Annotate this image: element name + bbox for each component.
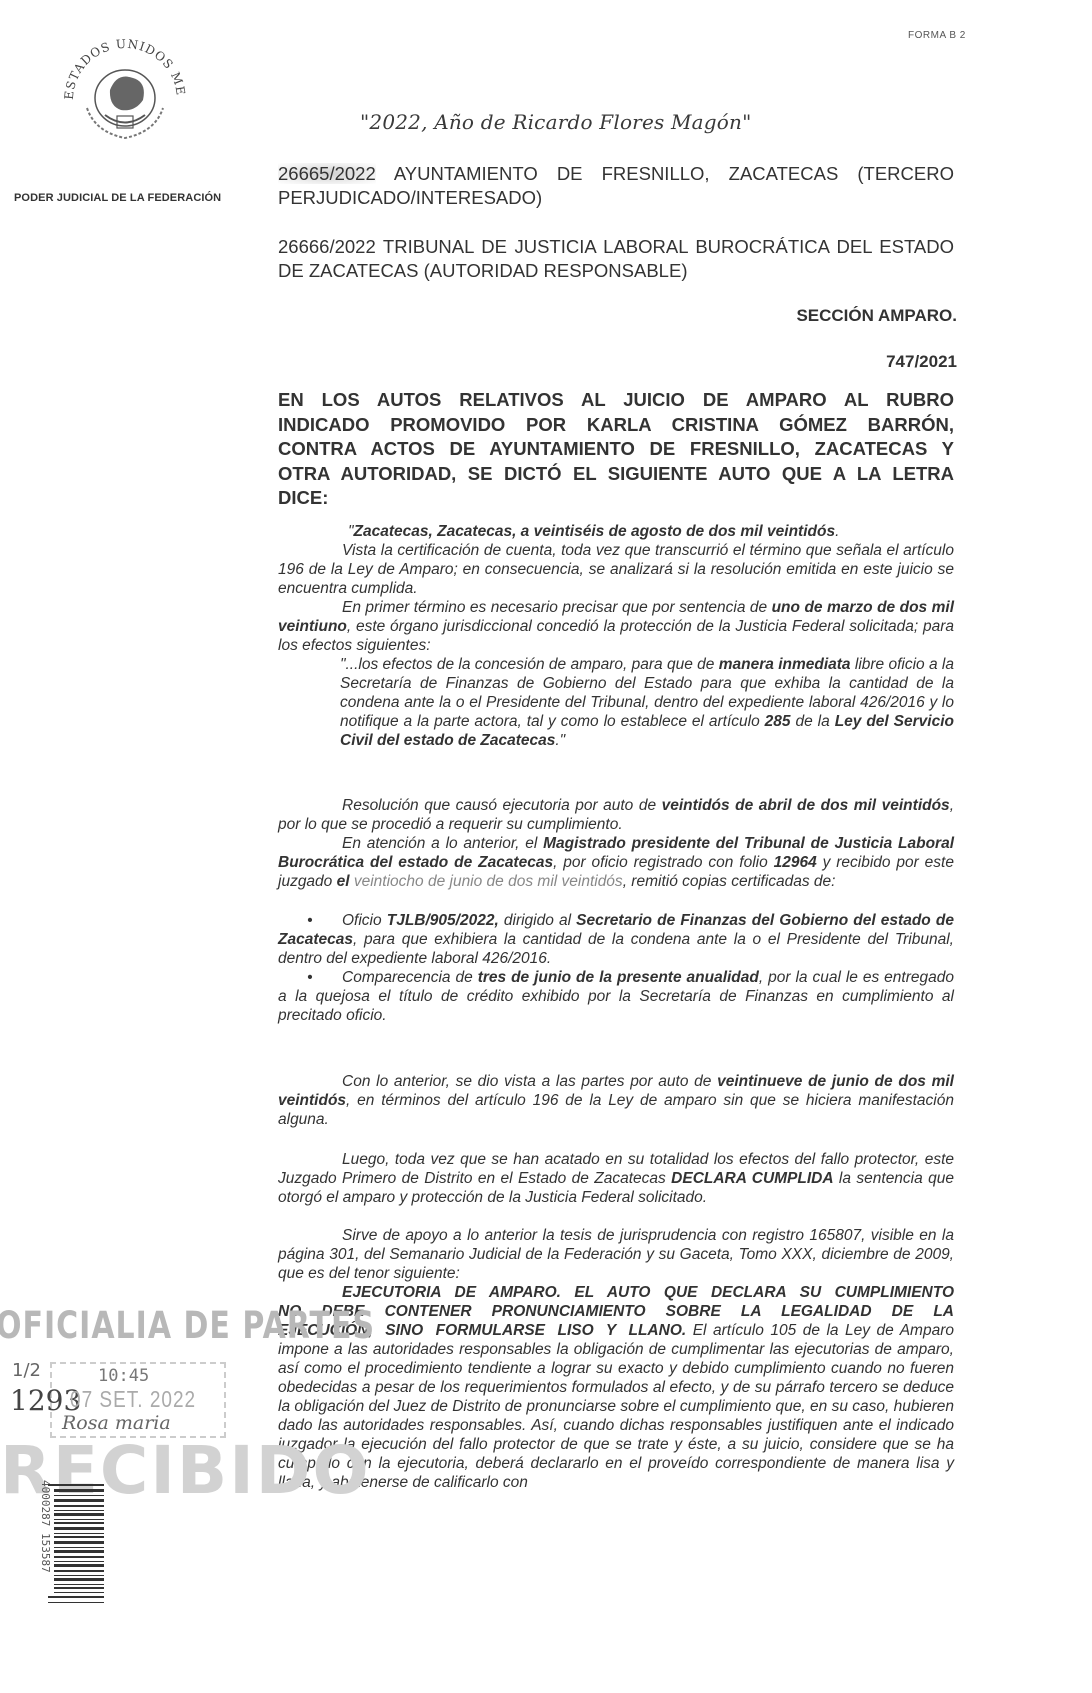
stamp-fraction: 1/2 <box>12 1360 41 1381</box>
p4-received-date: veintiocho de junio de dos mil veintidós <box>350 873 623 890</box>
stamp-signature: Rosa maria <box>62 1412 171 1434</box>
b2-date: tres de junio de la presente anualidad <box>478 969 759 986</box>
barcode-icon <box>48 1482 104 1610</box>
auto-date-line: "Zacatecas, Zacatecas, a veintiséis de a… <box>278 522 954 541</box>
p4-c: , por oficio registrado con folio <box>553 854 774 871</box>
date-end: . <box>835 523 839 540</box>
section-label: SECCIÓN AMPARO. <box>796 306 957 326</box>
bullet-2: •Comparecencia de tres de junio de la pr… <box>278 968 954 1025</box>
b1-a: Oficio <box>342 912 387 929</box>
p6-declara: DECLARA CUMPLIDA <box>671 1170 833 1187</box>
paragraph-4: En atención a lo anterior, el Magistrado… <box>278 834 954 891</box>
b1-e: , para que exhibiera la cantidad de la c… <box>278 931 954 967</box>
quote-b: manera inmediata <box>719 656 851 673</box>
paragraph-2: En primer término es necesario precisar … <box>278 598 954 655</box>
paragraph-7: Sirve de apoyo a lo anterior la tesis de… <box>278 1226 954 1283</box>
p3-a: Resolución que causó ejecutoria por auto… <box>342 797 662 814</box>
p4-folio: 12964 <box>774 854 817 871</box>
stamp-date: 07 SET. 2022 <box>70 1388 196 1414</box>
p3-date: veintidós de abril de dos mil veintidós <box>662 797 950 814</box>
stamp-time: 10:45 <box>98 1366 149 1386</box>
intro-heading: EN LOS AUTOS RELATIVOS AL JUICIO DE AMPA… <box>278 388 954 511</box>
paragraph-1: Vista la certificación de cuenta, toda v… <box>278 541 954 598</box>
quote-article: 285 <box>765 713 791 730</box>
bullet-icon: • <box>278 968 342 987</box>
b2-a: Comparecencia de <box>342 969 478 986</box>
recipient-1-text: AYUNTAMIENTO DE FRESNILLO, ZACATECAS (TE… <box>278 163 954 208</box>
bullet-icon: • <box>278 911 342 930</box>
b1-oficio: TJLB/905/2022, <box>387 912 499 929</box>
stamp-office: OFICIALIA DE PARTES <box>0 1304 375 1348</box>
mexican-coat-of-arms-seal: ESTADOS UNIDOS MEXICANOS <box>55 20 195 160</box>
b1-c: dirigido al <box>499 912 576 929</box>
p2-c: , este órgano jurisdiccional concedió la… <box>278 618 954 654</box>
p2-a: En primer término es necesario precisar … <box>342 599 772 616</box>
p4-a: En atención a lo anterior, el <box>342 835 543 852</box>
thesis-text: El artículo 105 de la Ley de Amparo impo… <box>278 1322 954 1491</box>
p4-h: , remitió copias certificadas de: <box>623 873 836 890</box>
quote-a: "...los efectos de la concesión de ampar… <box>340 656 719 673</box>
p5-a: Con lo anterior, se dio vista a las part… <box>342 1073 717 1090</box>
form-code: FORMA B 2 <box>908 30 966 41</box>
recipient-2: 26666/2022 TRIBUNAL DE JUSTICIA LABORAL … <box>278 235 954 283</box>
quote-e: de la <box>791 713 835 730</box>
case-number: 747/2021 <box>886 352 957 372</box>
recipient-1-number: 26665/2022 <box>278 163 376 184</box>
p5-c: , en términos del artículo 196 de la Ley… <box>278 1092 954 1128</box>
year-motto: "2022, Año de Ricardo Flores Magón" <box>360 110 752 134</box>
institution-caption: PODER JUDICIAL DE LA FEDERACIÓN <box>14 192 244 204</box>
recipient-1: 26665/2022 AYUNTAMIENTO DE FRESNILLO, ZA… <box>278 162 954 210</box>
auto-date: Zacatecas, Zacatecas, a veintiséis de ag… <box>354 523 836 540</box>
quoted-effects: "...los efectos de la concesión de ampar… <box>340 655 954 750</box>
bullet-1: •Oficio TJLB/905/2022, dirigido al Secre… <box>278 911 954 968</box>
jurisprudence-thesis: EJECUTORIA DE AMPARO. EL AUTO QUE DECLAR… <box>278 1283 954 1492</box>
recipient-2-text: TRIBUNAL DE JUSTICIA LABORAL BUROCRÁTICA… <box>278 236 954 281</box>
p4-f: el <box>337 873 350 890</box>
paragraph-5: Con lo anterior, se dio vista a las part… <box>278 1072 954 1129</box>
recipient-2-number: 26666/2022 <box>278 236 376 257</box>
paragraph-3: Resolución que causó ejecutoria por auto… <box>278 796 954 834</box>
paragraph-6: Luego, toda vez que se han acatado en su… <box>278 1150 954 1207</box>
quote-end: ." <box>555 732 565 749</box>
